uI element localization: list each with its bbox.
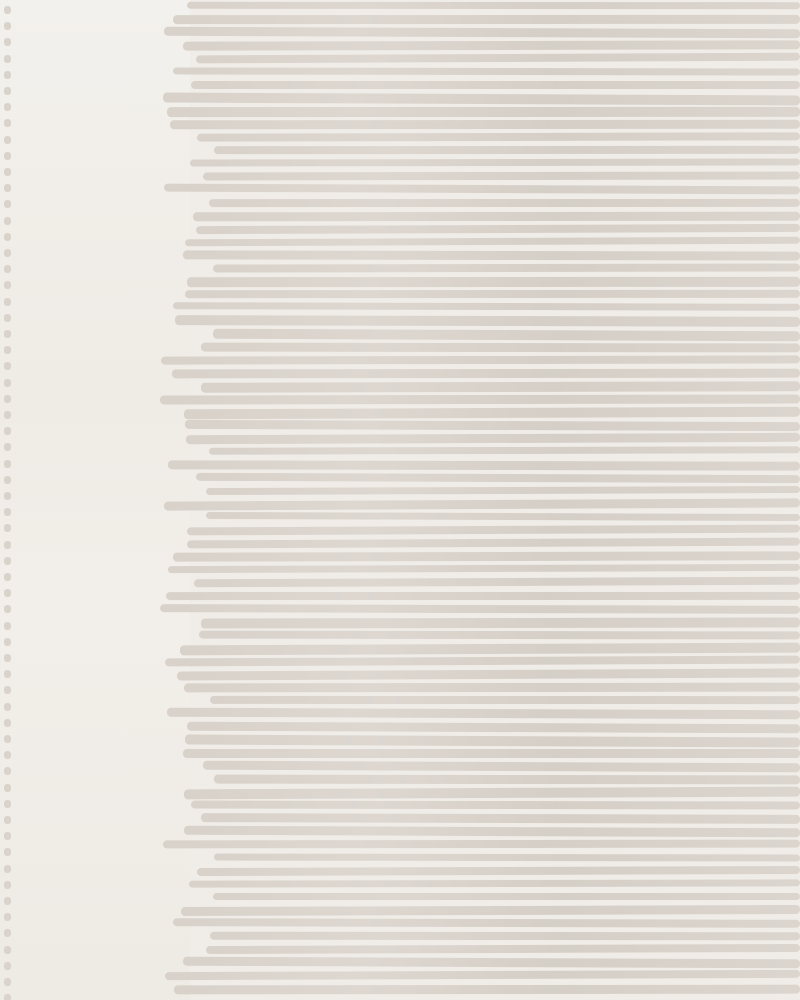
- stripe: [191, 801, 800, 810]
- stripe: [180, 643, 800, 656]
- stripe: [193, 211, 800, 221]
- stripe: [196, 224, 800, 234]
- stripe: [170, 120, 800, 130]
- stripe: [213, 263, 800, 272]
- stripe: [164, 27, 800, 39]
- stripe: [173, 67, 800, 75]
- stripe: [173, 552, 800, 562]
- stripe: [167, 107, 800, 117]
- stripe: [165, 970, 800, 980]
- stripe: [209, 198, 800, 206]
- stripe: [183, 749, 800, 758]
- stripe: [194, 577, 800, 588]
- stripe: [168, 564, 800, 573]
- stripe: [214, 853, 800, 861]
- stripe: [210, 932, 800, 941]
- stripe: [187, 525, 800, 536]
- stripe: [160, 604, 800, 614]
- stripe: [184, 683, 800, 693]
- stripe: [183, 250, 800, 260]
- stripe: [189, 879, 800, 887]
- stripe: [185, 734, 800, 747]
- stripe: [197, 866, 800, 876]
- stripe: [187, 277, 800, 287]
- stripe: [203, 172, 800, 181]
- stripe: [172, 368, 800, 378]
- stripe: [201, 381, 800, 392]
- stripe: [213, 328, 800, 341]
- stripe: [187, 721, 800, 733]
- stripe: [185, 420, 800, 431]
- wavy-stripes: [0, 0, 800, 1000]
- stripe: [183, 957, 800, 969]
- stripe: [186, 433, 800, 444]
- stripe: [166, 591, 800, 599]
- stripe: [161, 355, 800, 364]
- stripe: [206, 486, 800, 495]
- stripe: [183, 41, 800, 51]
- stripe: [206, 512, 800, 521]
- stripe: [185, 236, 800, 246]
- stripe: [177, 669, 800, 681]
- stripe: [197, 132, 800, 141]
- stripe: [173, 302, 800, 311]
- stripe: [196, 472, 800, 482]
- stripe: [210, 696, 800, 704]
- stripe: [201, 342, 800, 352]
- stripe: [190, 159, 800, 167]
- stripe: [191, 81, 800, 89]
- stripe: [164, 184, 800, 195]
- stripe: [199, 630, 800, 639]
- stripe: [173, 15, 800, 24]
- stripe: [196, 53, 800, 64]
- stripe: [173, 918, 800, 928]
- stripe: [214, 146, 800, 154]
- stripe: [187, 2, 800, 9]
- stripe: [213, 893, 800, 900]
- stripe: [163, 92, 800, 105]
- stripe: [214, 774, 800, 784]
- stripe: [160, 395, 800, 405]
- stripe: [185, 290, 800, 298]
- stripe: [174, 984, 800, 994]
- stripe: [181, 905, 800, 916]
- stripe: [163, 840, 800, 849]
- stripe: [203, 761, 800, 773]
- stripe: [187, 538, 800, 549]
- stripe: [209, 447, 800, 455]
- stripe: [201, 617, 800, 628]
- stripe: [175, 316, 800, 328]
- stripe: [165, 656, 800, 667]
- stripe: [167, 708, 800, 720]
- stripe: [184, 787, 800, 800]
- wallpaper-texture: [0, 0, 800, 1000]
- stripe: [168, 460, 800, 470]
- stripe: [206, 944, 800, 954]
- stripe: [184, 826, 800, 837]
- stripe: [201, 813, 800, 824]
- stripe: [164, 498, 800, 510]
- stripe: [184, 407, 800, 420]
